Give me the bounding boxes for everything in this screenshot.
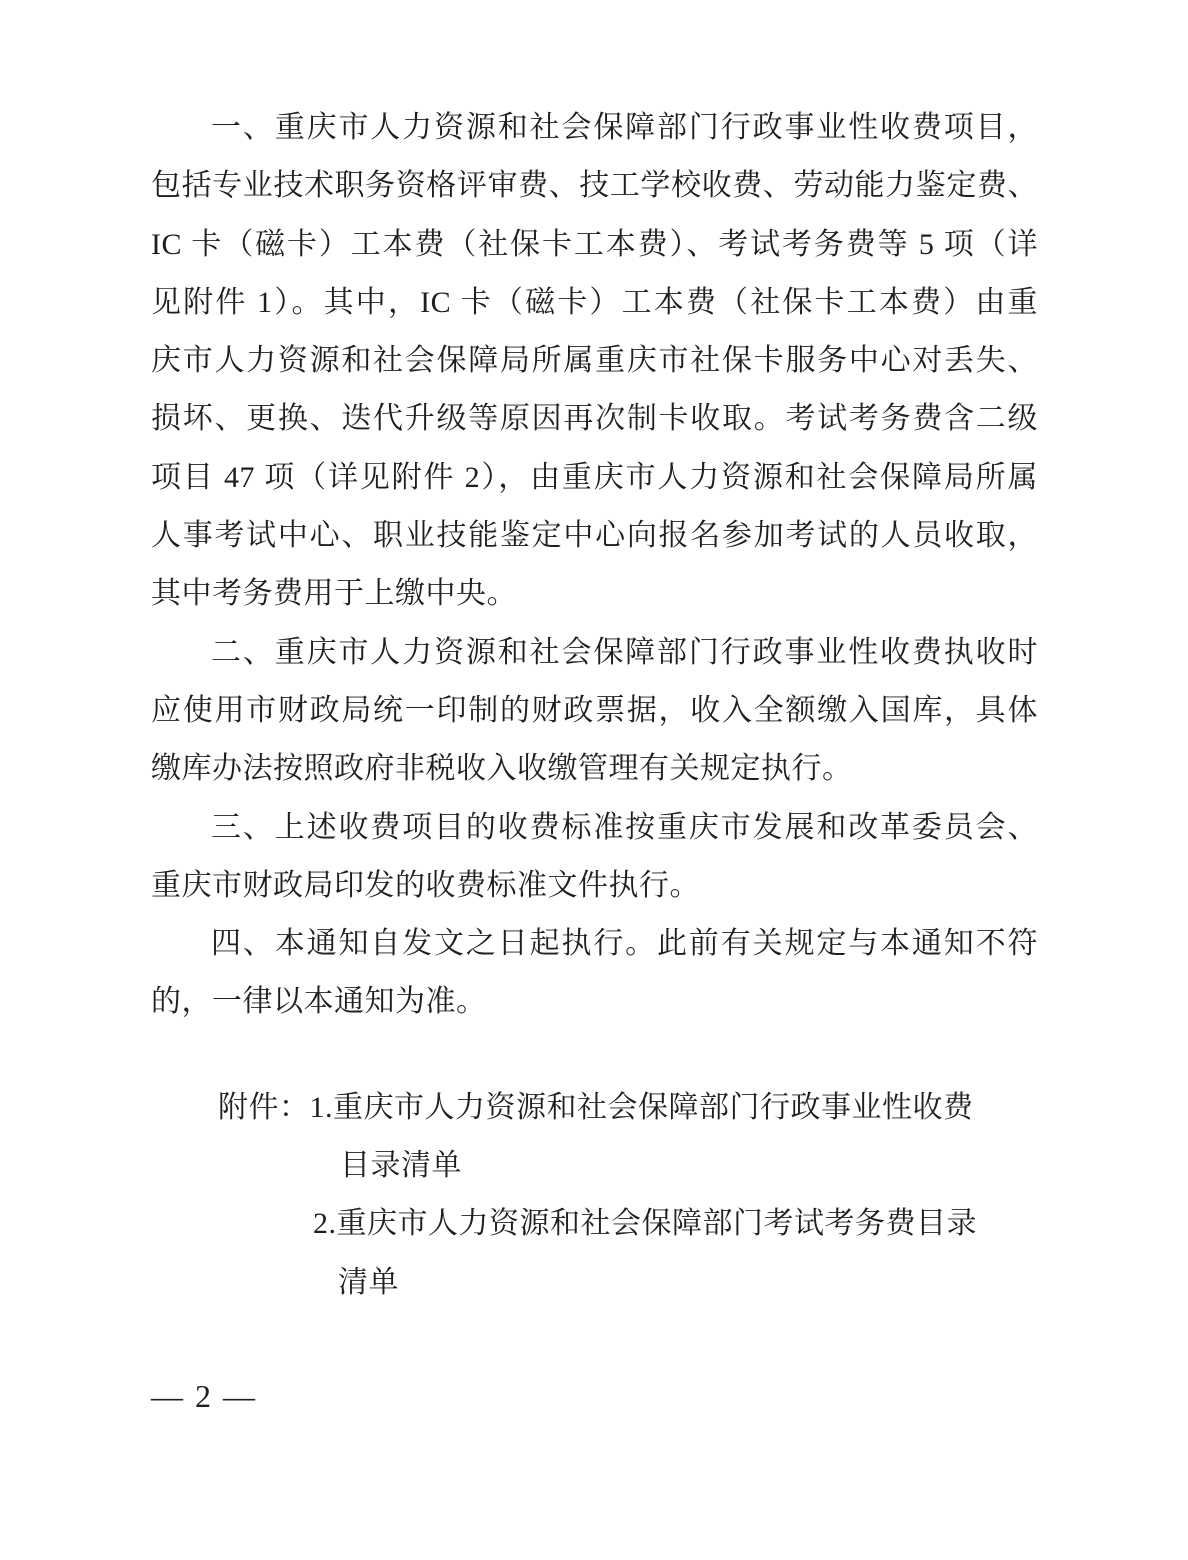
attachment-line-1: 附件：1.重庆市人力资源和社会保障部门行政事业性收费 xyxy=(151,1079,1038,1137)
page-number: — 2 — xyxy=(151,1378,257,1415)
body-line-5: 庆市人力资源和社会保障局所属重庆市社保卡服务中心对丢失、 xyxy=(151,332,1038,390)
body-line-2: 包括专业技术职务资格评审费、技工学校收费、劳动能力鉴定费、 xyxy=(151,157,1038,215)
attachment-line-4: 清单 xyxy=(151,1254,1038,1312)
document-body: 一、重庆市人力资源和社会保障部门行政事业性收费项目， 包括专业技术职务资格评审费… xyxy=(151,99,1038,1312)
body-line-15: 四、本通知自发文之日起执行。此前有关规定与本通知不符 xyxy=(151,915,1038,973)
body-line-8: 人事考试中心、职业技能鉴定中心向报名参加考试的人员收取， xyxy=(151,507,1038,565)
body-line-3: IC 卡（磁卡）工本费（社保卡工本费）、考试考务费等 5 项（详 xyxy=(151,216,1038,274)
body-line-14: 重庆市财政局印发的收费标准文件执行。 xyxy=(151,857,1038,915)
document-page: 一、重庆市人力资源和社会保障部门行政事业性收费项目， 包括专业技术职务资格评审费… xyxy=(0,0,1188,1560)
body-line-6: 损坏、更换、迭代升级等原因再次制卡收取。考试考务费含二级 xyxy=(151,390,1038,448)
body-line-9: 其中考务费用于上缴中央。 xyxy=(151,565,1038,623)
body-line-4: 见附件 1）。其中，IC 卡（磁卡）工本费（社保卡工本费）由重 xyxy=(151,274,1038,332)
body-line-1: 一、重庆市人力资源和社会保障部门行政事业性收费项目， xyxy=(151,99,1038,157)
attachment-list: 附件：1.重庆市人力资源和社会保障部门行政事业性收费 目录清单 2.重庆市人力资… xyxy=(151,1079,1038,1312)
attachment-line-3: 2.重庆市人力资源和社会保障部门考试考务费目录 xyxy=(151,1195,1038,1253)
body-line-10: 二、重庆市人力资源和社会保障部门行政事业性收费执收时 xyxy=(151,624,1038,682)
attachment-line-2: 目录清单 xyxy=(151,1137,1038,1195)
body-line-16: 的，一律以本通知为准。 xyxy=(151,973,1038,1031)
body-line-12: 缴库办法按照政府非税收入收缴管理有关规定执行。 xyxy=(151,740,1038,798)
body-line-11: 应使用市财政局统一印制的财政票据，收入全额缴入国库，具体 xyxy=(151,682,1038,740)
body-line-13: 三、上述收费项目的收费标准按重庆市发展和改革委员会、 xyxy=(151,799,1038,857)
body-line-7: 项目 47 项（详见附件 2），由重庆市人力资源和社会保障局所属 xyxy=(151,449,1038,507)
